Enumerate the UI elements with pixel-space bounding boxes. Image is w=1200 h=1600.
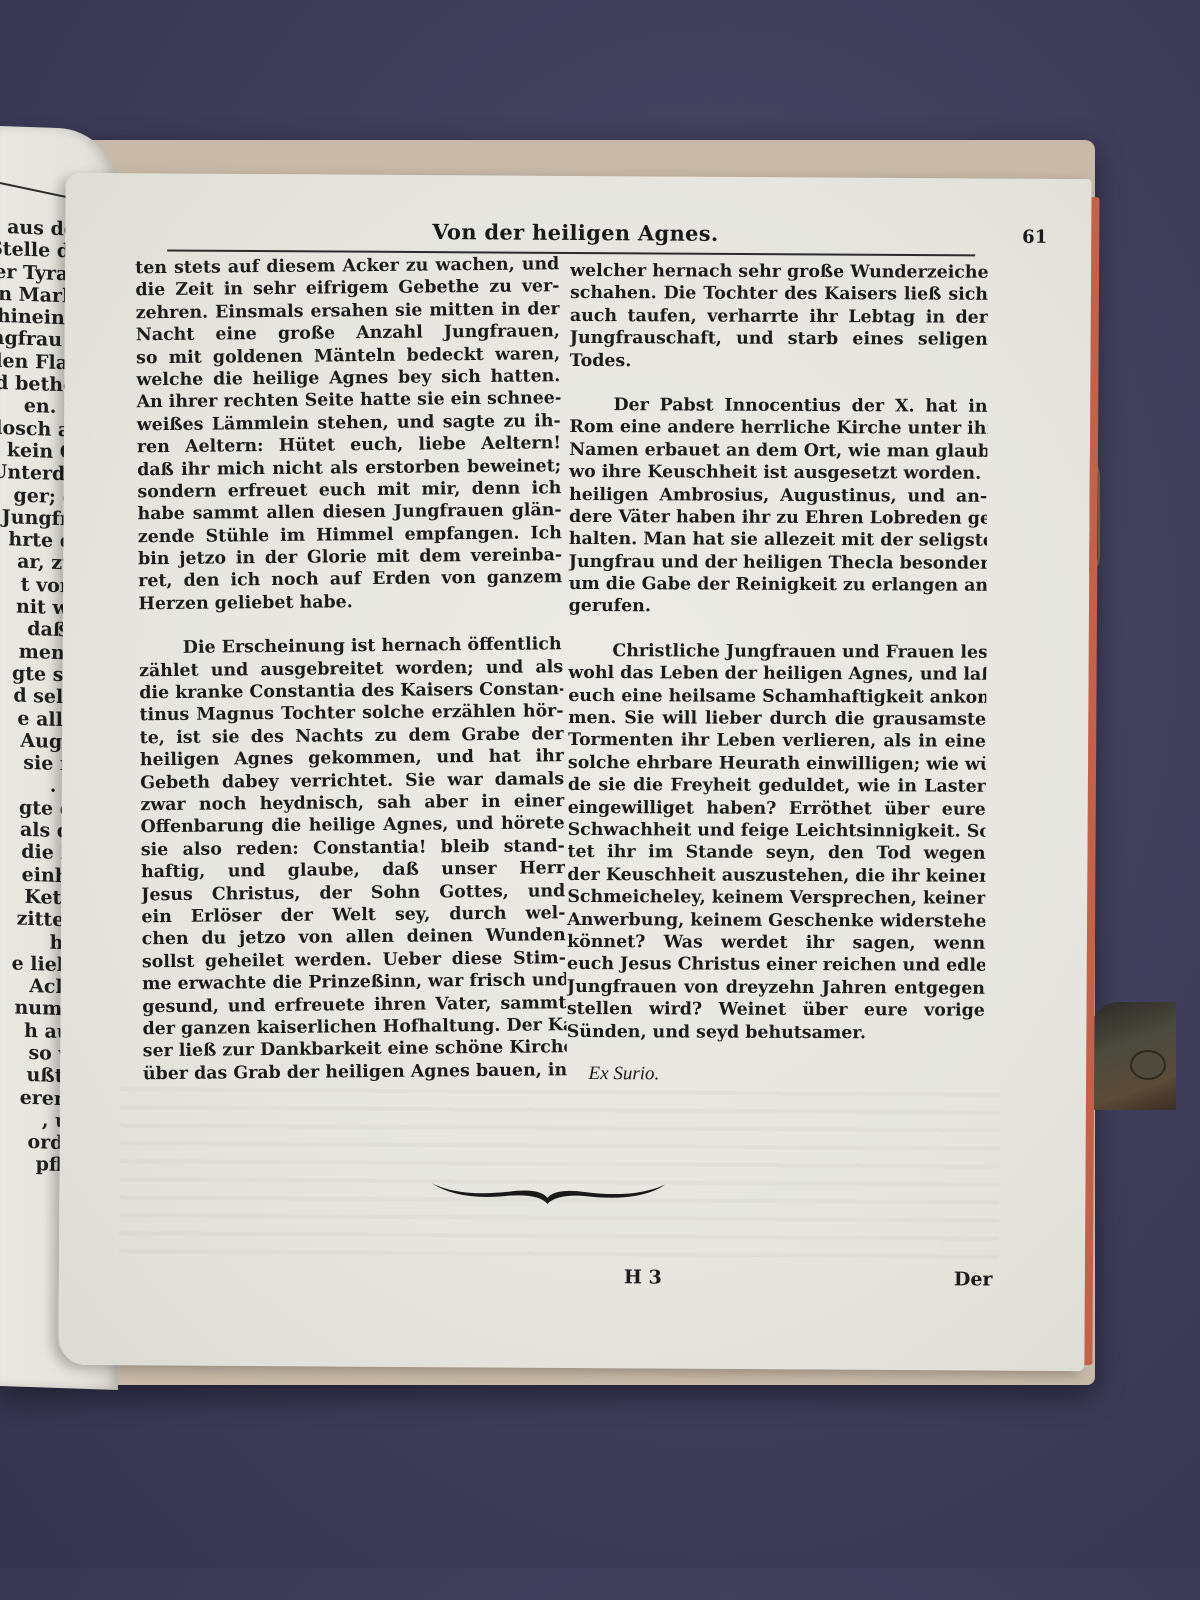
source-citation: Ex Surio. bbox=[567, 1063, 985, 1087]
red-page-edge bbox=[1084, 197, 1099, 1365]
text-line: de sie die Freyheit geduldet, wie in Las… bbox=[568, 774, 986, 798]
text-line: Schmeicheley, keinem Versprechen, keiner bbox=[567, 886, 985, 910]
text-line: Todes. bbox=[570, 350, 988, 374]
text-line: Namen erbauet an dem Ort, wie man glaubt… bbox=[569, 439, 987, 463]
text-line: um die Gabe der Reinigkeit zu erlangen a… bbox=[569, 573, 987, 597]
text-line: stellen wird? Weinet über eure vorige bbox=[567, 998, 985, 1022]
text-line: Christliche Jungfrauen und Frauen leset bbox=[568, 640, 986, 664]
text-line: auch taufen, verharrte ihr Lebtag in der bbox=[570, 305, 988, 329]
text-line: Sünden, und seyd behutsamer. bbox=[567, 1020, 985, 1044]
text-line: Tormenten ihr Leben verlieren, als in ei… bbox=[568, 729, 986, 753]
text-line: schahen. Die Tochter des Kaisers ließ si… bbox=[570, 282, 988, 306]
show-through-text bbox=[119, 1073, 1000, 1258]
text-line: der Keuschheit auszustehen, die ihr kein… bbox=[567, 864, 985, 888]
page-number: 61 bbox=[1022, 227, 1047, 248]
catchword: Der bbox=[954, 1268, 993, 1290]
text-line: Der Pabst Innocentius der X. hat in bbox=[569, 394, 987, 418]
text-line: wo ihre Keuschheit ist ausgesetzt worden… bbox=[569, 461, 987, 485]
text-line: solche ehrbare Heurath einwilligen; wie … bbox=[568, 752, 986, 776]
signature-mark: H 3 bbox=[624, 1266, 662, 1288]
text-line: euch eine heilsame Schamhaftigkeit ankom… bbox=[568, 685, 986, 709]
running-title: Von der heiligen Agnes. bbox=[432, 219, 718, 246]
text-line: über das Grab der heiligen Agnes bauen, … bbox=[143, 1059, 567, 1085]
text-line: Rom eine andere herrliche Kirche unter i… bbox=[569, 416, 987, 440]
text-line: ret, den ich noch auf Erden von ganzem bbox=[138, 567, 562, 593]
text-line: Jungfrauschaft, und starb eines seligen bbox=[570, 327, 988, 351]
text-line: dere Väter haben ihr zu Ehren Lobreden g… bbox=[569, 506, 987, 530]
text-column-right: welcher hernach sehr große Wunderzeichen… bbox=[567, 260, 989, 1087]
photo-scene: aus demStelle dener Tyrannn Marktehinein… bbox=[0, 0, 1176, 1568]
text-line: wohl das Leben der heiligen Agnes, und l… bbox=[568, 662, 986, 686]
text-line: tet ihr im Stande seyn, den Tod wegen bbox=[567, 841, 985, 865]
text-line: eingewilliget haben? Erröthet über eure bbox=[568, 797, 986, 821]
text-line: Jungfrau und der heiligen Thecla besonde… bbox=[569, 551, 987, 575]
text-line: heiligen Ambrosius, Augustinus, und an- bbox=[569, 483, 987, 507]
page-header: Von der heiligen Agnes. 61 bbox=[167, 215, 1047, 260]
text-line: halten. Man hat sie allezeit mit der sel… bbox=[569, 528, 987, 552]
text-line: könnet? Was werdet ihr sagen, wenn bbox=[567, 931, 985, 955]
tailpiece-ornament-icon bbox=[429, 1175, 669, 1206]
paragraph-gap bbox=[570, 372, 988, 396]
text-line: gerufen. bbox=[569, 595, 987, 619]
paragraph-gap bbox=[568, 618, 986, 642]
metal-clasp-bottom bbox=[1090, 1002, 1176, 1110]
text-line: Anwerbung, keinem Geschenke widerstehen bbox=[567, 909, 985, 933]
text-column-left: ten stets auf diesem Acker zu wachen, un… bbox=[135, 253, 567, 1085]
text-line: Schwachheit und feige Leichtsinnigkeit. … bbox=[568, 819, 986, 843]
clasp-boss bbox=[1130, 1050, 1166, 1080]
text-line: men. Sie will lieber durch die grausamst… bbox=[568, 707, 986, 731]
text-line: welcher hernach sehr große Wunderzeichen… bbox=[570, 260, 988, 284]
text-line: Jungfrauen von dreyzehn Jahren entgegen bbox=[567, 976, 985, 1000]
right-page: Von der heiligen Agnes. 61 ten stets auf… bbox=[58, 173, 1091, 1371]
text-line: euch Jesus Christus einer reichen und ed… bbox=[567, 953, 985, 977]
